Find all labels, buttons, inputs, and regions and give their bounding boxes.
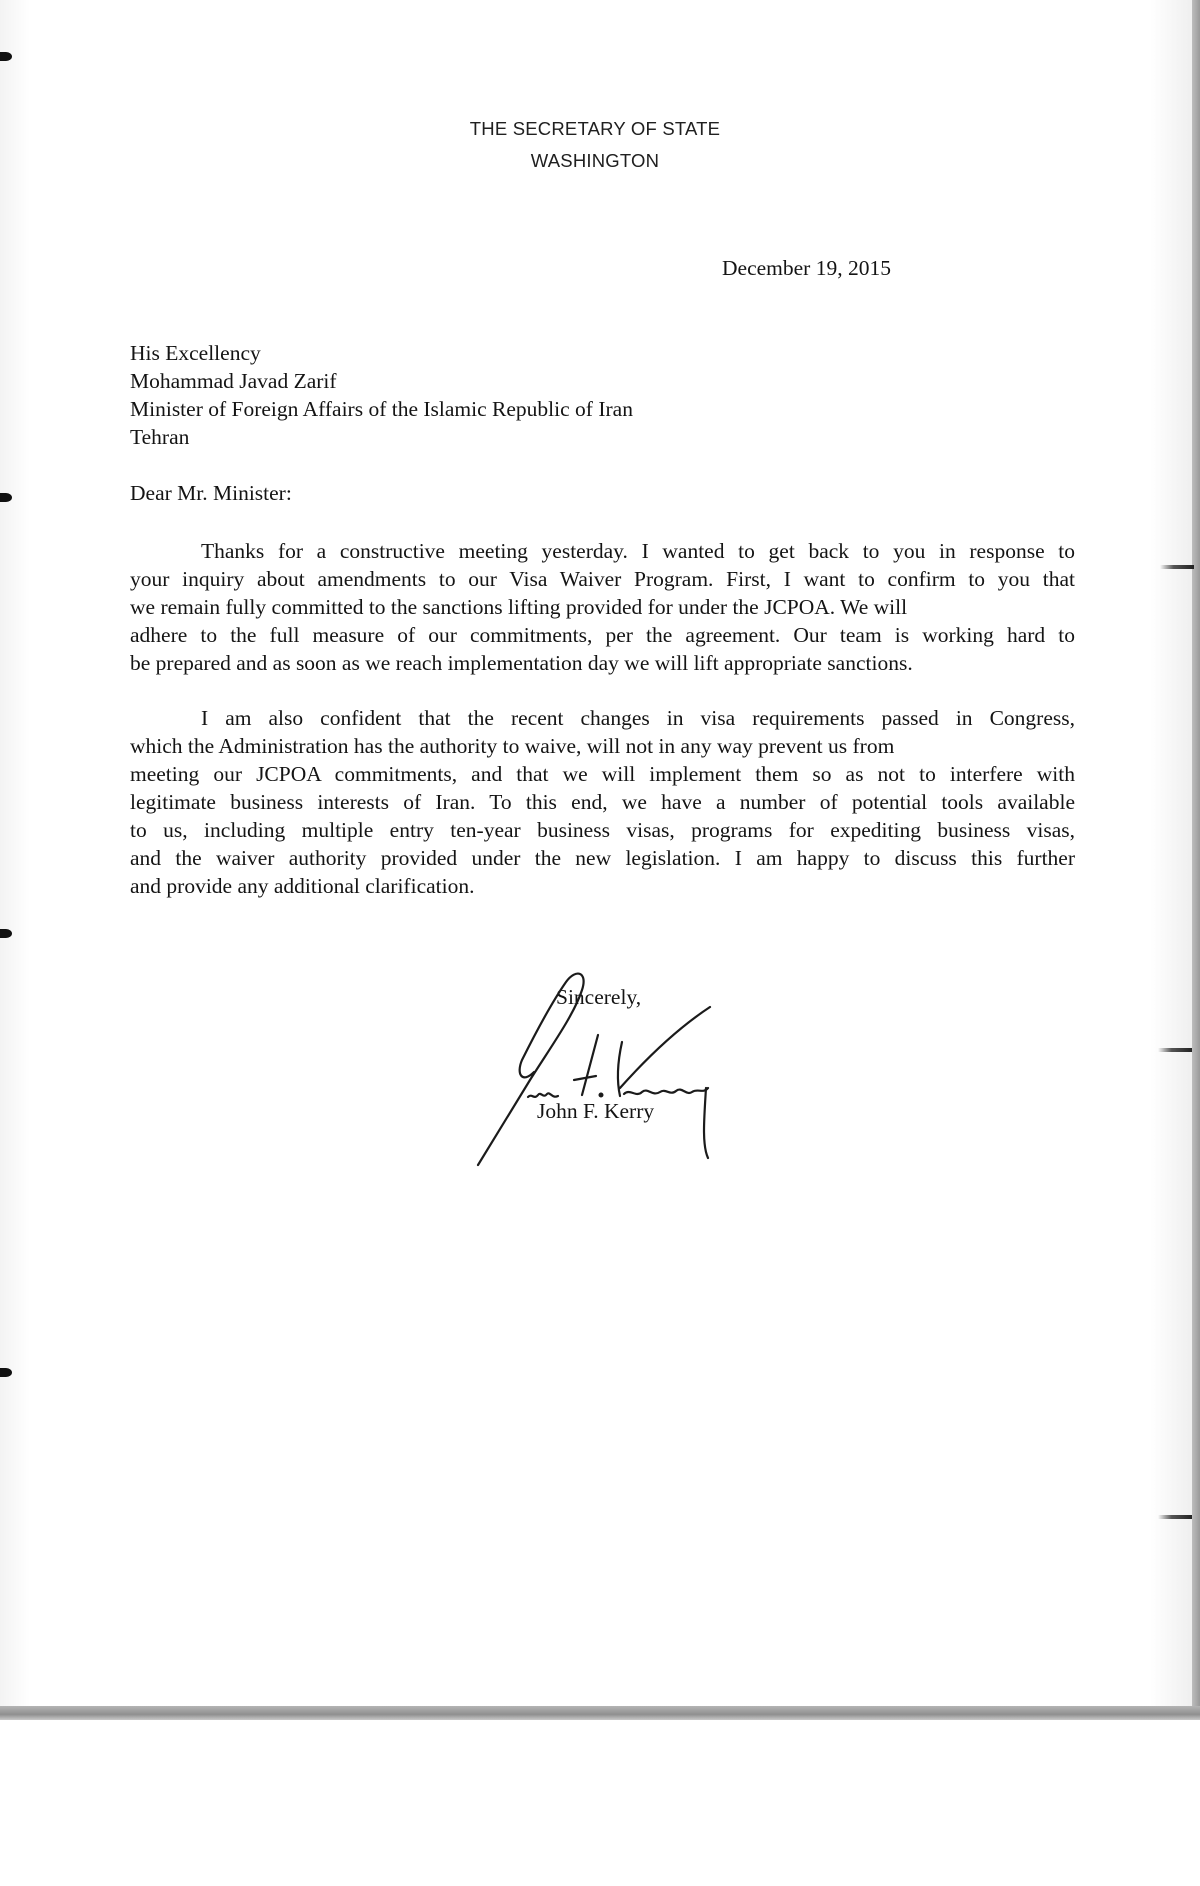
paragraph-line: to us, including multiple entry ten-year…: [130, 816, 1075, 844]
paragraph-line: your inquiry about amendments to our Vis…: [130, 565, 1075, 593]
letterhead-city: WASHINGTON: [0, 150, 1190, 172]
edge-mark-icon: [1160, 565, 1194, 569]
scan-bottom-edge: [0, 1706, 1200, 1720]
edge-mark-icon: [1158, 1048, 1192, 1052]
paragraph-line: and provide any additional clarification…: [130, 872, 1075, 900]
punch-mark-icon: [0, 1368, 12, 1377]
punch-mark-icon: [0, 929, 12, 938]
recipient-line: Minister of Foreign Affairs of the Islam…: [130, 395, 633, 423]
recipient-line: His Excellency: [130, 339, 633, 367]
body-paragraph: Thanks for a constructive meeting yester…: [130, 537, 1075, 677]
paragraph-line: Thanks for a constructive meeting yester…: [130, 537, 1075, 565]
body-paragraph: I am also confident that the recent chan…: [130, 704, 1075, 900]
paragraph-line: we remain fully committed to the sanctio…: [130, 593, 1075, 621]
paragraph-line: which the Administration has the authori…: [130, 732, 1075, 760]
recipient-address: His Excellency Mohammad Javad Zarif Mini…: [130, 339, 633, 451]
letter-date: December 19, 2015: [722, 254, 891, 282]
letterhead-title: THE SECRETARY OF STATE: [0, 118, 1190, 140]
paragraph-line: I am also confident that the recent chan…: [130, 704, 1075, 732]
punch-mark-icon: [0, 493, 12, 502]
recipient-line: Tehran: [130, 423, 633, 451]
paragraph-line: and the waiver authority provided under …: [130, 844, 1075, 872]
recipient-line: Mohammad Javad Zarif: [130, 367, 633, 395]
scan-right-edge: [1192, 0, 1200, 1720]
paragraph-line: adhere to the full measure of our commit…: [130, 621, 1075, 649]
punch-mark-icon: [0, 52, 12, 61]
paragraph-line: meeting our JCPOA commitments, and that …: [130, 760, 1075, 788]
paragraph-line: be prepared and as soon as we reach impl…: [130, 649, 1075, 677]
edge-mark-icon: [1158, 1515, 1192, 1519]
paragraph-line: legitimate business interests of Iran. T…: [130, 788, 1075, 816]
handwritten-signature-icon: [470, 960, 740, 1175]
salutation: Dear Mr. Minister:: [130, 479, 292, 507]
